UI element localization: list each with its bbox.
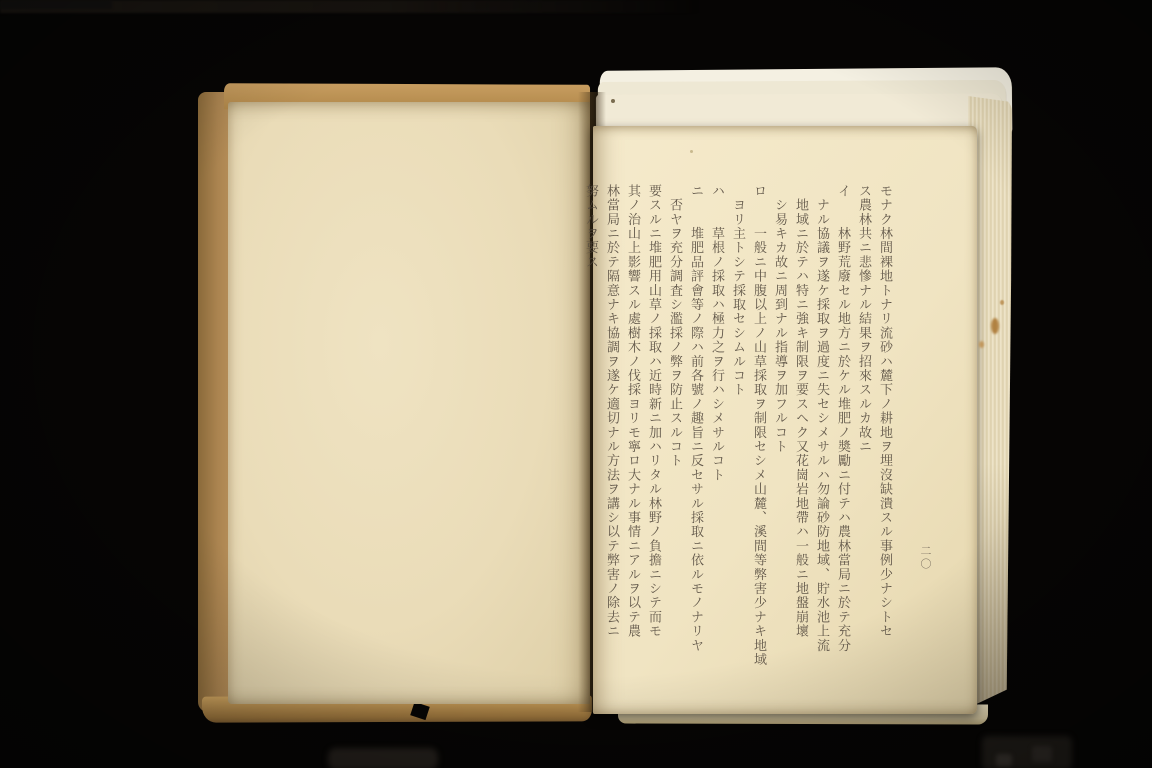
text-column: シ易キカ故ニ周到ナル指導ヲ加フルコト [770,184,791,670]
foxing-spot [1000,300,1004,305]
page-number: 二〇 [917,545,933,571]
text-column-item-ro: ロ 一般ニ中腹以上ノ山草採取ヲ制限セシメ山麓、溪間等弊害少ナキ地域 [749,184,770,670]
backdrop-top-right [0,0,112,9]
text-column: 努ムルヲ要ス [581,184,602,670]
text-column-item-ha: ハ 草根ノ採取ハ極力之ヲ行ハシメサルコト [707,184,728,670]
text-column: 要スルニ堆肥用山草ノ採取ハ近時新ニ加ハリタル林野ノ負擔ニシテ而モ [644,184,665,670]
text-column-item-i: イ 林野荒廢セル地方ニ於ケル堆肥ノ奬勵ニ付テハ農林當局ニ於テ充分 [833,184,854,670]
text-column: ス農林共ニ悲慘ナル結果ヲ招來スルカ故ニ [854,184,875,670]
text-column: ヨリ主トシテ採取セシムルコト [728,184,749,670]
book-photograph: モナク林間裸地トナリ流砂ハ麓下ノ耕地ヲ埋沒缺潰スル事例少ナシトセ ス農林共ニ悲慘… [0,0,1152,768]
text-column: 否ヤヲ充分調査シ濫採ノ弊ヲ防止スルコト [665,184,686,670]
paper-speck [611,99,615,103]
backdrop-hardware-bit [996,754,1012,766]
backdrop-bottom-left-object [328,748,438,768]
text-column: 其ノ治山上影響スル處樹木ノ伐採ヨリモ寧ロ大ナル事情ニアルヲ以テ農 [623,184,644,670]
text-column: 林當局ニ於テ隔意ナキ協調ヲ遂ケ適切ナル方法ヲ講シ以テ弊害ノ除去ニ [602,184,623,670]
vertical-text-block: モナク林間裸地トナリ流砂ハ麓下ノ耕地ヲ埋沒缺潰スル事例少ナシトセ ス農林共ニ悲慘… [578,184,896,670]
text-column-item-ni: ニ 堆肥品評會等ノ際ハ前各號ノ趣旨ニ反セサル採取ニ依ルモノナリヤ [686,184,707,670]
left-page-blank [228,102,590,704]
foxing-spot [979,341,984,348]
foxing-spot [991,318,999,334]
text-column: 地域ニ於テハ特ニ強キ制限ヲ要スヘク又花崗岩地帶ハ一般ニ地盤崩壞 [791,184,812,670]
text-column: モナク林間裸地トナリ流砂ハ麓下ノ耕地ヲ埋沒缺潰スル事例少ナシトセ [875,184,896,670]
backdrop-hardware-bit [1032,746,1052,762]
text-column: ナル協議ヲ遂ケ採取ヲ過度ニ失セシメサルハ勿論砂防地域、貯水池上流 [812,184,833,670]
paper-speck [690,150,693,153]
